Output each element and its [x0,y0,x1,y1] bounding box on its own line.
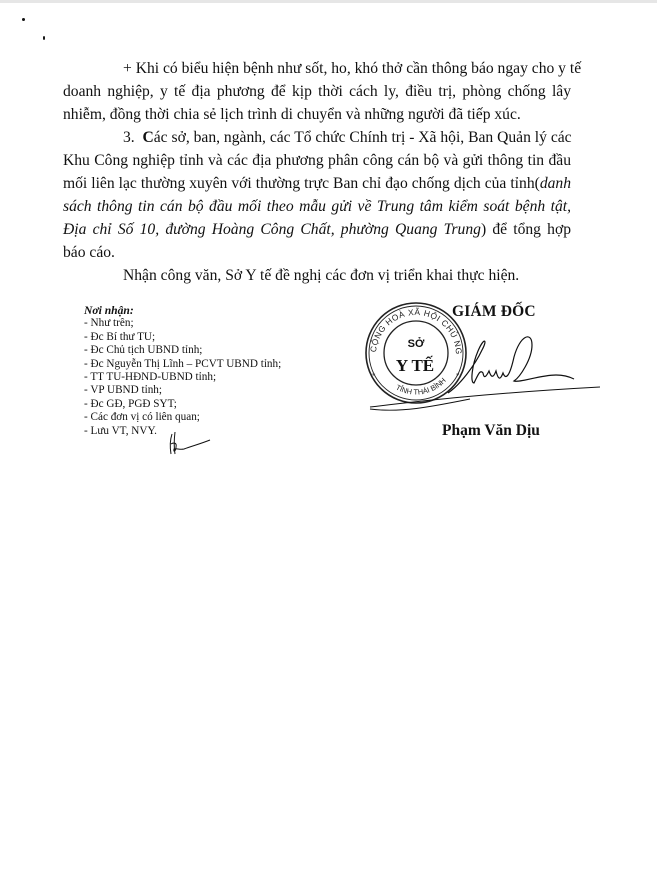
line-text: ác sở, ban, ngành, các Tổ chức Chính trị… [154,129,572,146]
recipient-item: - Như trên; [84,317,281,330]
signer-title: GIÁM ĐỐC [452,303,536,321]
recipient-item: - VP UBND tỉnh; [84,384,281,397]
signature-block: CỘNG HOÀ XÃ HỘI CHỦ NGHĨA VIỆT NAM TỈNH … [360,295,600,445]
signer-name: Phạm Văn Dịu [442,422,540,440]
recipient-item: - Đc Nguyễn Thị Lĩnh – PCVT UBND tỉnh; [84,358,281,371]
line-text-italic: sách thông tin cán bộ đầu mối theo mẫu g… [63,198,571,215]
scan-speck [43,36,45,40]
lead-letter: C [143,129,154,146]
body-line: doanh nghiệp, y tế địa phương để kịp thờ… [63,80,571,103]
viewer-top-edge [0,0,657,3]
item-3-line-4: sách thông tin cán bộ đầu mối theo mẫu g… [63,195,571,218]
recipient-item: - Đc Bí thư TU; [84,331,281,344]
item-3-line-5: Địa chỉ Số 10, đường Hoàng Công Chất, ph… [63,218,571,241]
body-line: + Khi có biểu hiện bệnh như sốt, ho, khó… [63,57,571,80]
line-text: ) để tổng hợp [481,221,571,238]
item-3-line-6: báo cáo. [63,241,571,264]
recipient-item: - Đc Chủ tịch UBND tỉnh; [84,344,281,357]
recipient-item: - Đc GĐ, PGĐ SYT; [84,398,281,411]
line-text-italic: Địa chỉ Số 10, đường Hoàng Công Chất, ph… [63,221,481,238]
item-3-line-1: 3. Các sở, ban, ngành, các Tổ chức Chính… [63,126,571,149]
scan-speck [22,18,25,21]
document-body: + Khi có biểu hiện bệnh như sốt, ho, khó… [63,57,571,287]
recipient-item: - TT TU-HĐND-UBND tỉnh; [84,371,281,384]
line-text: mối liên lạc thường xuyên với thường trự… [63,175,540,192]
closing-line: Nhận công văn, Sở Y tế đề nghị các đơn v… [63,264,571,287]
body-line: nhiễm, đồng thời chia sẻ lịch trình di c… [63,103,571,126]
recipients-list: Nơi nhận: - Như trên; - Đc Bí thư TU; - … [84,304,281,438]
item-3-line-3: mối liên lạc thường xuyên với thường trự… [63,172,571,195]
item-3-line-2: Khu Công nghiệp tỉnh và các địa phương p… [63,149,571,172]
initial-signature-icon [166,430,212,456]
line-text-italic: danh [540,175,571,192]
recipient-item: - Các đơn vị có liên quan; [84,411,281,424]
item-number: 3. [123,129,135,146]
recipients-heading: Nơi nhận: [84,304,281,317]
